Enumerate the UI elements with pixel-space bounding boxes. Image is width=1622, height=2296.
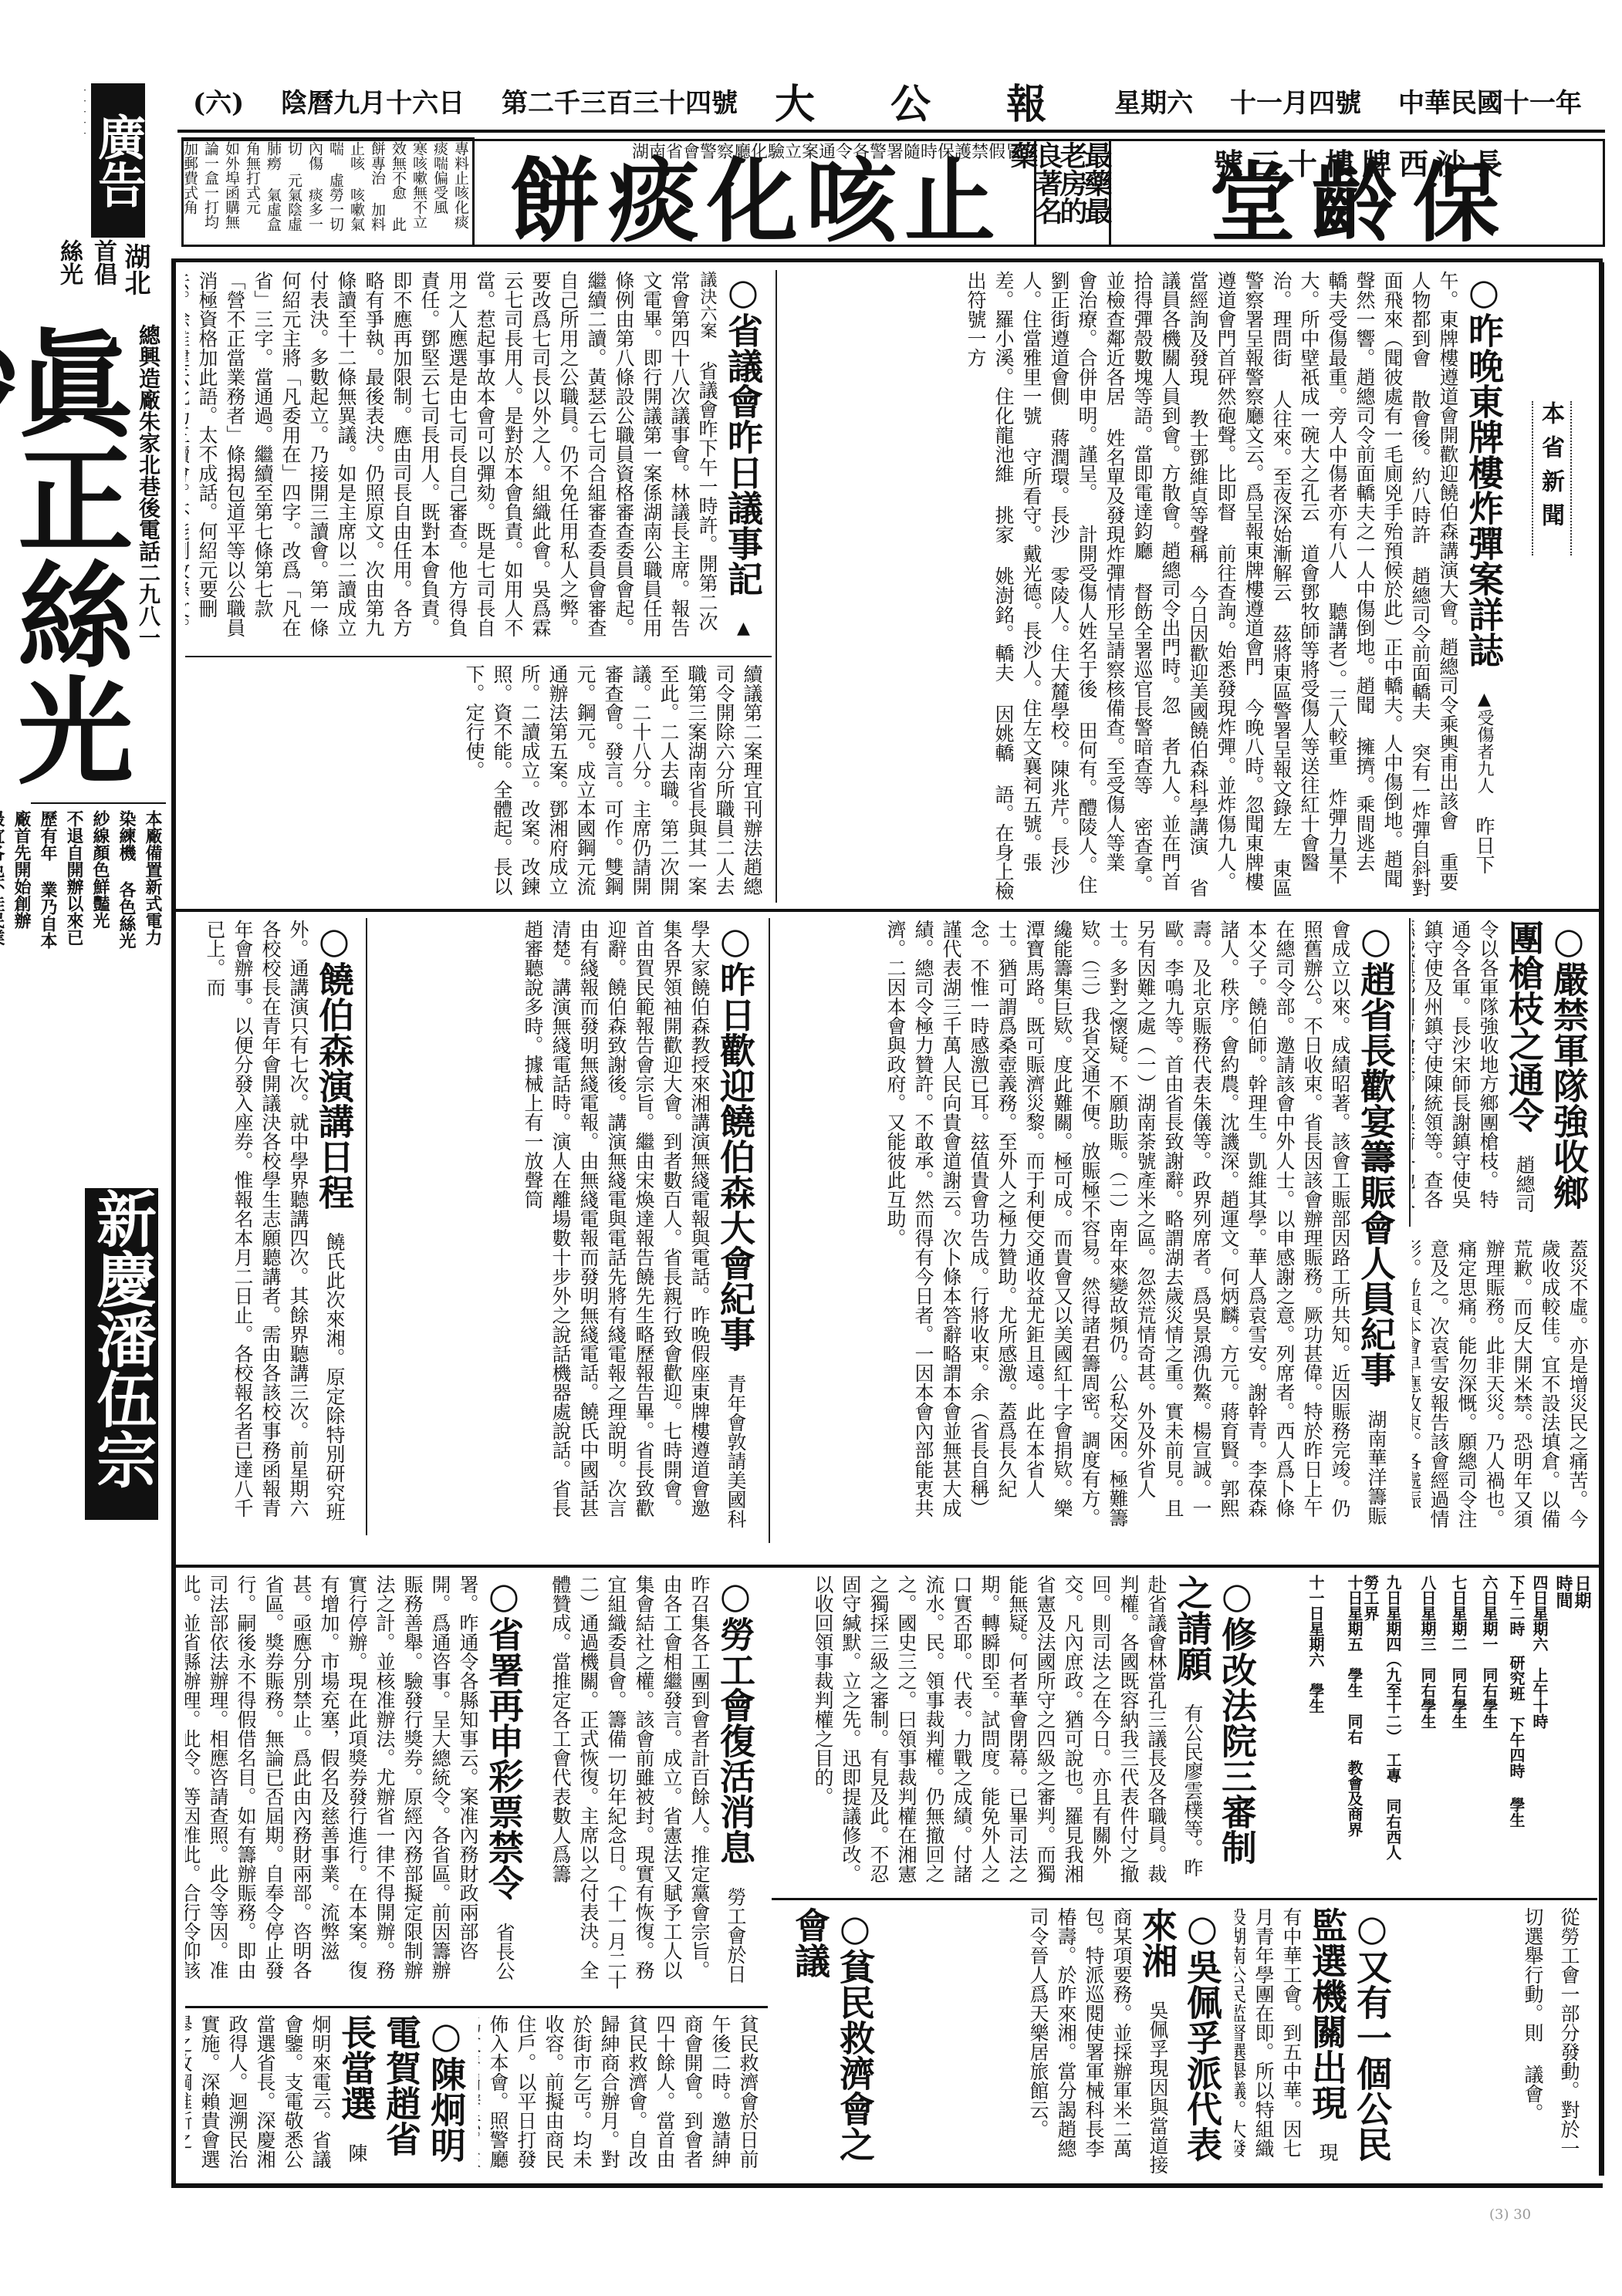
table-cell: 同右 — [1345, 1714, 1363, 1744]
pharmacy-side-copy: 最藥最 老房的 良著名藥 — [1034, 139, 1111, 247]
table-row-date: 九日星期四（九至十二） — [1384, 1575, 1402, 1737]
article-court-headline: ○勞工會復活消息 — [715, 1575, 756, 1865]
article-labor: ○省署再申彩票禁令 省長公署。昨通令各縣知事云。案准內務財政兩部咨開。爲通咨事。… — [185, 1570, 532, 2002]
table-row: 四日星期六 上午十時 — [1529, 1575, 1551, 1883]
article-schedule-headline: ○饒伯森演講日程 — [313, 920, 355, 1210]
article-relief-headline: ○趙省長歡宴籌賑會人員紀事 — [1355, 920, 1397, 1387]
article-congrats-zhao-text: 貧民救濟會於日前午後二時。邀請紳商會開會。到會者四十餘人。當首由貧民救濟會。自改… — [478, 2014, 759, 2169]
article-council-continued-body: 續議第二案理宜刊辦法趙總司令開除六分所職員二人去職第三案湖南省長與其一案至此。二… — [463, 664, 763, 896]
silk-ad-slogan: 首倡 絲光 — [46, 239, 120, 324]
table-cell: 學生 — [1345, 1667, 1363, 1698]
table-header-time: 時間 — [1552, 1575, 1576, 1636]
masthead-paper-name: 大 公 報 — [775, 72, 1077, 130]
section-label: 本省新聞 — [1532, 401, 1572, 555]
article-bomb: ○昨晚東牌樓炸彈案詳誌 ▲受傷者九人 昨日下午。東牌樓遵道會開歡迎饒伯森講演大會… — [779, 266, 1512, 907]
article-council-headline: ○省議會昨日議事記 — [722, 271, 764, 596]
article-citizen: 從勞工會一部分發動。對於一切選舉行動。則 議會。 — [1404, 1903, 1597, 2180]
table-row: 八日星期三 同右學生 — [1417, 1575, 1439, 1883]
row1-rule — [176, 909, 1600, 912]
silk-ad-title: 眞正絲光紗 — [31, 324, 123, 795]
table-row: 九日星期四（九至十二） 工專 同右西人 勞工界 — [1360, 1575, 1404, 1883]
article-poor-relief: ○吳佩孚派代表來湘 吳佩孚現因與當道接商某項要務。並採辦軍米二萬包。特派巡閱使署… — [887, 1903, 1231, 2180]
masthead-rule — [177, 130, 1605, 133]
table-row: 下午二時 研究班 下午四時 學生 — [1505, 1575, 1528, 1883]
masthead-page-no: (六) — [193, 82, 244, 120]
table-cell: 同右學生 — [1480, 1667, 1499, 1729]
table-cell: 學生 — [1306, 1683, 1325, 1714]
table-row-date: 六日星期一 — [1480, 1575, 1499, 1652]
table-cell: 同右學生 — [1449, 1667, 1468, 1729]
lower-left-rule — [185, 2006, 768, 2008]
table-row: 十一日星期六 學生 — [1305, 1575, 1327, 1883]
article-council-continued: 續議第二案理宜刊辦法趙總司令開除六分所職員二人去職第三案湖南省長與其一案至此。二… — [185, 660, 772, 907]
ad-corner-tag: 廣告 — [91, 83, 145, 238]
table-row-date: 四日星期六 — [1530, 1575, 1549, 1652]
table-cell: 工專 — [1384, 1752, 1402, 1783]
cough-cake-ad-title: 止咳化痰餅 — [486, 156, 1026, 248]
article-congrats-zhao-body: 貧民救濟會於日前午後二時。邀請紳商會開會。到會者四十餘人。當首由貧民救濟會。自改… — [478, 2010, 768, 2180]
table-cell: 下午四時 學生 — [1507, 1717, 1526, 1828]
masthead-lunar-date: 陰曆九月十六日 — [281, 82, 465, 120]
article-election: ○修改法院三審制之請願 有公民廖雲樸等。昨赴省議會林當孔三議長及各職員。裁判權。… — [772, 1570, 1265, 1894]
masthead: 中華民國十一年 十一月四號 星期六 大 公 報 第二千三百三十四號 陰曆九月十六… — [193, 77, 1582, 123]
table-row: 六日星期一 同右學生 — [1478, 1575, 1501, 1883]
article-court: ○勞工會復活消息 勞工會於日昨召集各工團到會者計百餘人。推定黨會宗旨。由各工會相… — [540, 1570, 764, 2002]
silk-ad-body: 本廠備置新式電力染練機 各色絲光紗線顏色鮮豔光 不退自開辦以來已歷有年 業乃自本… — [31, 810, 166, 949]
article-labor-body: 省長公署。昨通令各縣知事云。案准內務財政兩部咨開。爲通咨事。呈大總統令。各省區。… — [185, 1575, 515, 1980]
article-relief-continued-body: 蓋災不虛。亦是增災民之痛苦。今歲收成較佳。宜不設法填倉。以備荒歉。而反大開米禁。… — [1412, 1239, 1589, 1528]
news-top-rule — [171, 258, 1603, 262]
cough-cake-ad-description: 專料止咳化痰 痰喘偏受風 寒咳嗽無不立 效無不愈 此餅專治 加料止咳 咳嗽氣喘 … — [181, 137, 475, 247]
article-bomb-headline: ○昨晚東牌樓炸彈案詳誌 — [1463, 271, 1505, 667]
table-row-date: 十日星期五 — [1345, 1575, 1363, 1652]
lecture-schedule-table: 日期 時間 四日星期六 上午十時 下午二時 研究班 下午四時 學生 六日星期一 … — [1273, 1570, 1597, 1894]
article-council: ○省議會昨日議事記 ▲議決六案 省議會昨下午一時許。開第二次常會第四十八次議事會… — [185, 266, 772, 652]
masthead-issue-no: 第二千三百三十四號 — [502, 82, 738, 120]
right-border — [1599, 262, 1604, 2176]
table-row-date: 十一日星期六 — [1306, 1575, 1325, 1667]
article-ban: ○嚴禁軍隊強收鄉團槍枝之通令 趙總司令以各軍隊強收地方鄉團槍枝。特通令各軍。長沙… — [1412, 915, 1597, 1231]
masthead-weekday: 星期六 — [1114, 82, 1193, 120]
article-congrats-zhao: ○貧民救濟會之會議 — [772, 1903, 884, 2180]
table-row-date: 八日星期三 — [1418, 1575, 1437, 1652]
article-relief-body: 湖南華洋籌賑會成立以來。成績昭著。該會工賑部因路工所共知。近因賑務完竣。仍照舊辦… — [884, 920, 1387, 1528]
article-schedule: ○饒伯森演講日程 饒氏此次來湘。原定除特別研究班外。通講演只有七次。就中學界聽講… — [185, 915, 363, 1540]
table-row-date: 七日星期二 — [1449, 1575, 1468, 1652]
article-lottery-headline: ○陳炯明電賀趙省長當選 — [336, 2014, 467, 2163]
table-row: 七日星期二 同右學生 — [1448, 1575, 1470, 1883]
congrats-banner: 新慶潘伍宗漢祝澄清彭文彥劉兆平錫 道南諸君倖護城步成績之嘉佈 — [85, 1188, 158, 1520]
article-relief-continued: 蓋災不虛。亦是增災民之痛苦。今歲收成較佳。宜不設法填倉。以備荒歉。而反大開米禁。… — [1412, 1234, 1597, 1543]
article-welcome: ○昨日歡迎饒伯森大會紀事 青年會敦請美國科學大家饒伯森教授來湘講演無綫電報與電話… — [370, 915, 764, 1540]
table-row: 十日星期五 學生 同右 教會及商界 — [1343, 1575, 1366, 1883]
table-cell: 同右西人 — [1384, 1798, 1402, 1860]
article-wu: ○又有一個公民監選機關出現 現有中華工會。到五中華。因七月青年學團在即。所以特組… — [1235, 1903, 1401, 2180]
article-labor-headline: ○省署再申彩票禁令 — [483, 1575, 525, 1900]
article-bomb-body: 昨日下午。東牌樓遵道會開歡迎饒伯森講演大會。趙總司令乘輿甫出該會 重要人物都到會… — [965, 271, 1495, 900]
column-separator — [366, 918, 367, 1535]
silk-ad-factory: 總興造廠朱家北巷後電話二九八一 — [133, 324, 164, 802]
silk-ad-divider — [31, 802, 166, 804]
table-cell: 上午十時 — [1530, 1667, 1549, 1729]
masthead-date: 十一月四號 — [1230, 82, 1361, 120]
corner-fine-print: ····· — [77, 85, 91, 231]
council-divider — [185, 656, 772, 657]
archive-mark: (3) 30 — [1489, 2207, 1582, 2230]
masthead-year: 中華民國十一年 — [1398, 82, 1582, 120]
article-council-body: 省議會昨下午一時許。開第二次常會第四十八次議事會。林議長主席。報告文電畢。即行開… — [185, 271, 718, 637]
article-relief: ○趙省長歡宴籌賑會人員紀事 湖南華洋籌賑會成立以來。成績昭著。該會工賑部因路工所… — [772, 915, 1404, 1540]
column-separator — [769, 918, 770, 1543]
row2-rule — [176, 1565, 1600, 1568]
column-separator — [776, 270, 777, 903]
table-bottom-rule — [772, 1898, 1597, 1900]
table-cell: 教會及商界 — [1345, 1760, 1363, 1837]
article-congrats-zhao-headline: ○貧民救濟會之會議 — [789, 1907, 876, 2162]
table-cell: 同右學生 — [1418, 1667, 1437, 1729]
article-wu-headline: ○又有一個公民監選機關出現 — [1306, 1907, 1393, 2162]
article-welcome-headline: ○昨日歡迎饒伯森大會紀事 — [715, 920, 756, 1352]
baolingtang-title: 保齡堂 — [1119, 160, 1605, 247]
article-citizen-body: 從勞工會一部分發動。對於一切選舉行動。則 議會。 — [1522, 1907, 1580, 2158]
silk-ad-region: 湖北 — [123, 243, 154, 320]
column-separator — [1409, 918, 1411, 1227]
article-lottery: ○陳炯明電賀趙省長當選 陳炯明來電云。省議會鑒。支電敬悉公當選省長。深慶湘政得人… — [185, 2010, 475, 2180]
article-welcome-body: 青年會敦請美國科學大家饒伯森教授來湘講演無綫電報與電話。昨晚假座東牌樓遵道會邀集… — [522, 920, 747, 1528]
news-bottom-rule — [171, 2183, 1603, 2188]
article-election-body: 有公民廖雲樸等。昨赴省議會林當孔三議長及各職員。裁判權。各國既容納我三代表件付之… — [812, 1575, 1204, 1883]
table-cell: 下午二時 研究班 — [1507, 1575, 1526, 1701]
article-bomb-subhead: ▲受傷者九人 — [1475, 690, 1494, 794]
left-border — [171, 262, 176, 2183]
